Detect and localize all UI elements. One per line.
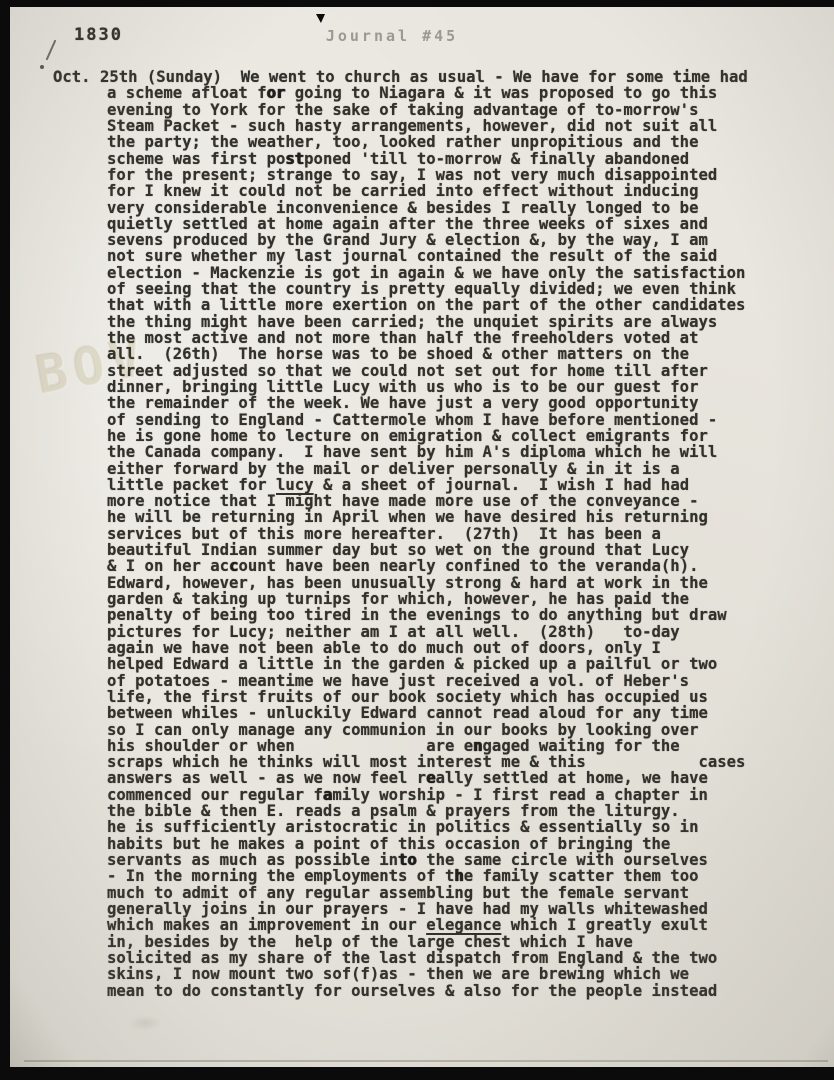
pen-mark-dot [40, 65, 44, 69]
journal-line: life, the first fruits of our book socie… [53, 689, 823, 705]
journal-line: between whiles - unluckily Edward cannot… [53, 705, 823, 721]
journal-line: answers as well - as we now feel really … [53, 770, 823, 786]
journal-line: which makes an improvement in our elegan… [53, 917, 823, 933]
journal-line: more notice that I might have made more … [53, 493, 823, 509]
journal-line: quietly settled at home again after the … [53, 216, 823, 232]
scanned-journal-page: { "header": { "year": "1830", "title": "… [0, 0, 834, 1080]
journal-line: either forward by the mail or deliver pe… [53, 461, 823, 477]
journal-line: all. (26th) The horse was to be shoed & … [53, 346, 823, 362]
journal-line: Steam Packet - such hasty arrangements, … [53, 118, 823, 134]
journal-line: he will be returning in April when we ha… [53, 509, 823, 525]
journal-body: Oct. 25th (Sunday) We went to church as … [53, 69, 823, 999]
page-title: Journal #45 [10, 27, 774, 45]
journal-line: penalty of being too tired in the evenin… [53, 607, 823, 623]
paper-smudge [128, 1015, 162, 1031]
journal-line: - In the morning the employments of the … [53, 868, 823, 884]
journal-line: he is gone home to lecture on emigration… [53, 428, 823, 444]
journal-line: again we have not been able to do much o… [53, 640, 823, 656]
journal-line: scraps which he thinks will most interes… [53, 754, 823, 770]
journal-line: much to admit of any regular assembling … [53, 885, 823, 901]
journal-line: he is sufficiently aristocratic in polit… [53, 819, 823, 835]
journal-line: his shoulder or when are engaged waiting… [53, 738, 823, 754]
scan-artifact-tick [316, 14, 325, 23]
journal-line: Edward, however, has been unusually stro… [53, 575, 823, 591]
journal-line: so I can only manage any communion in ou… [53, 722, 823, 738]
journal-line: in, besides by the help of the large che… [53, 934, 823, 950]
journal-line: the thing might have been carried; the u… [53, 314, 823, 330]
journal-line: servants as much as possible into the sa… [53, 852, 823, 868]
journal-line: sevens produced by the Grand Jury & elec… [53, 232, 823, 248]
journal-line: not sure whether my last journal contain… [53, 248, 823, 264]
journal-line: garden & taking up turnips for which, ho… [53, 591, 823, 607]
journal-line: the most active and not more than half t… [53, 330, 823, 346]
journal-line: solicited as my share of the last dispat… [53, 950, 823, 966]
journal-line: a scheme afloat for going to Niagara & i… [53, 85, 823, 101]
journal-line: evening to York for the sake of taking a… [53, 102, 823, 118]
journal-line: helped Edward a little in the garden & p… [53, 656, 823, 672]
page-edge-shadow [24, 1060, 828, 1062]
journal-line: habits but he makes a point of this occa… [53, 836, 823, 852]
page-header: 1830 Journal #45 [10, 25, 834, 51]
journal-line: the bible & then E. reads a psalm & pray… [53, 803, 823, 819]
journal-line: for I knew it could not be carried into … [53, 183, 823, 199]
journal-line: the remainder of the week. We have just … [53, 395, 823, 411]
journal-line: pictures for Lucy; neither am I at all w… [53, 624, 823, 640]
journal-line: skins, I now mount two sof(f)as - then w… [53, 966, 823, 982]
journal-line: dinner, bringing little Lucy with us who… [53, 379, 823, 395]
journal-line: scheme was first postponed 'till to-morr… [53, 151, 823, 167]
journal-line: of seeing that the country is pretty equ… [53, 281, 823, 297]
journal-line: & I on her account have been nearly conf… [53, 558, 823, 574]
journal-line: little packet for lucy & a sheet of jour… [53, 477, 823, 493]
journal-line: election - Mackenzie is got in again & w… [53, 265, 823, 281]
journal-line: street adjusted so that we could not set… [53, 363, 823, 379]
paper-sheet: 1830 Journal #45 BOV Oct. 25th (Sunday) … [10, 7, 834, 1067]
journal-line: mean to do constantly for ourselves & al… [53, 983, 823, 999]
journal-line: for the present; strange to say, I was n… [53, 167, 823, 183]
journal-line: Oct. 25th (Sunday) We went to church as … [53, 69, 823, 85]
journal-line: services but of this more hereafter. (27… [53, 526, 823, 542]
journal-line: the Canada company. I have sent by him A… [53, 444, 823, 460]
journal-line: commenced our regular family worship - I… [53, 787, 823, 803]
journal-line: the party; the weather, too, looked rath… [53, 134, 823, 150]
journal-line: beautiful Indian summer day but so wet o… [53, 542, 823, 558]
journal-line: of potatoes - meantime we have just rece… [53, 673, 823, 689]
journal-line: very considerable inconvenience & beside… [53, 200, 823, 216]
journal-line: generally joins in our prayers - I have … [53, 901, 823, 917]
journal-line: that with a little more exertion on the … [53, 297, 823, 313]
journal-line: of sending to England - Cattermole whom … [53, 412, 823, 428]
